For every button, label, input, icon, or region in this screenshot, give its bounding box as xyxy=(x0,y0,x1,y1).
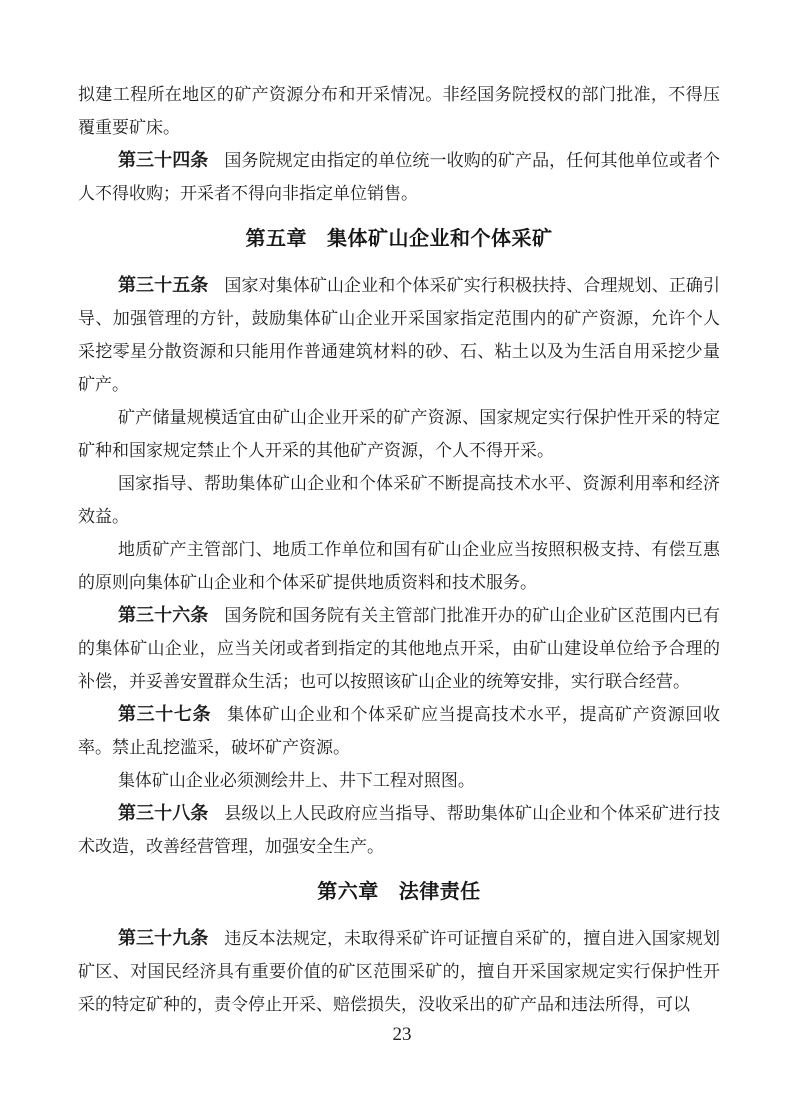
article-paragraph: 第三十八条县级以上人民政府应当指导、帮助集体矿山企业和个体采矿进行技术改造，改善… xyxy=(78,797,720,863)
paragraph-text: 集体矿山企业必须测绘井上、井下工程对照图。 xyxy=(118,771,475,790)
article-paragraph: 第三十九条违反本法规定，未取得采矿许可证擅自采矿的，擅自进入国家规划矿区、对国民… xyxy=(78,922,720,1021)
body-paragraph: 集体矿山企业必须测绘井上、井下工程对照图。 xyxy=(78,764,720,797)
chapter-title: 法律责任 xyxy=(399,881,481,903)
article-number-label: 第三十八条 xyxy=(118,803,208,823)
article-paragraph: 第三十四条国务院规定由指定的单位统一收购的矿产品，任何其他单位或者个人不得收购；… xyxy=(78,144,720,210)
chapter-heading: 第五章集体矿山企业和个体采矿 xyxy=(78,223,720,256)
page-number: 23 xyxy=(0,1022,804,1048)
document-body: 拟建工程所在地区的矿产资源分布和开采情况。非经国务院授权的部门批准，不得压覆重要… xyxy=(78,78,720,1021)
article-paragraph: 第三十六条国务院和国务院有关主管部门批准开办的矿山企业矿区范围内已有的集体矿山企… xyxy=(78,599,720,698)
paragraph-text: 拟建工程所在地区的矿产资源分布和开采情况。非经国务院授权的部门批准，不得压覆重要… xyxy=(78,85,720,137)
body-paragraph: 国家指导、帮助集体矿山企业和个体采矿不断提高技术水平、资源利用率和经济效益。 xyxy=(78,467,720,533)
article-paragraph: 第三十五条国家对集体矿山企业和个体采矿实行积极扶持、合理规划、正确引导、加强管理… xyxy=(78,269,720,401)
article-number-label: 第三十九条 xyxy=(118,928,208,948)
article-number-label: 第三十五条 xyxy=(118,275,208,295)
chapter-title: 集体矿山企业和个体采矿 xyxy=(327,228,553,250)
paragraph-text: 国家指导、帮助集体矿山企业和个体采矿不断提高技术水平、资源利用率和经济效益。 xyxy=(78,474,720,526)
paragraph-text: 地质矿产主管部门、地质工作单位和国有矿山企业应当按照积极支持、有偿互惠的原则向集… xyxy=(78,540,720,592)
continuation-paragraph: 拟建工程所在地区的矿产资源分布和开采情况。非经国务院授权的部门批准，不得压覆重要… xyxy=(78,78,720,144)
body-paragraph: 地质矿产主管部门、地质工作单位和国有矿山企业应当按照积极支持、有偿互惠的原则向集… xyxy=(78,533,720,599)
document-page: 拟建工程所在地区的矿产资源分布和开采情况。非经国务院授权的部门批准，不得压覆重要… xyxy=(0,0,804,1099)
body-paragraph: 矿产储量规模适宜由矿山企业开采的矿产资源、国家规定实行保护性开采的特定矿种和国家… xyxy=(78,401,720,467)
article-number-label: 第三十六条 xyxy=(118,605,208,625)
chapter-number: 第五章 xyxy=(246,228,308,250)
paragraph-text: 矿产储量规模适宜由矿山企业开采的矿产资源、国家规定实行保护性开采的特定矿种和国家… xyxy=(78,408,720,460)
article-number-label: 第三十七条 xyxy=(118,704,211,724)
article-paragraph: 第三十七条集体矿山企业和个体采矿应当提高技术水平，提高矿产资源回收率。禁止乱挖滥… xyxy=(78,698,720,764)
chapter-heading: 第六章法律责任 xyxy=(78,876,720,909)
article-number-label: 第三十四条 xyxy=(118,150,208,170)
chapter-number: 第六章 xyxy=(317,881,379,903)
